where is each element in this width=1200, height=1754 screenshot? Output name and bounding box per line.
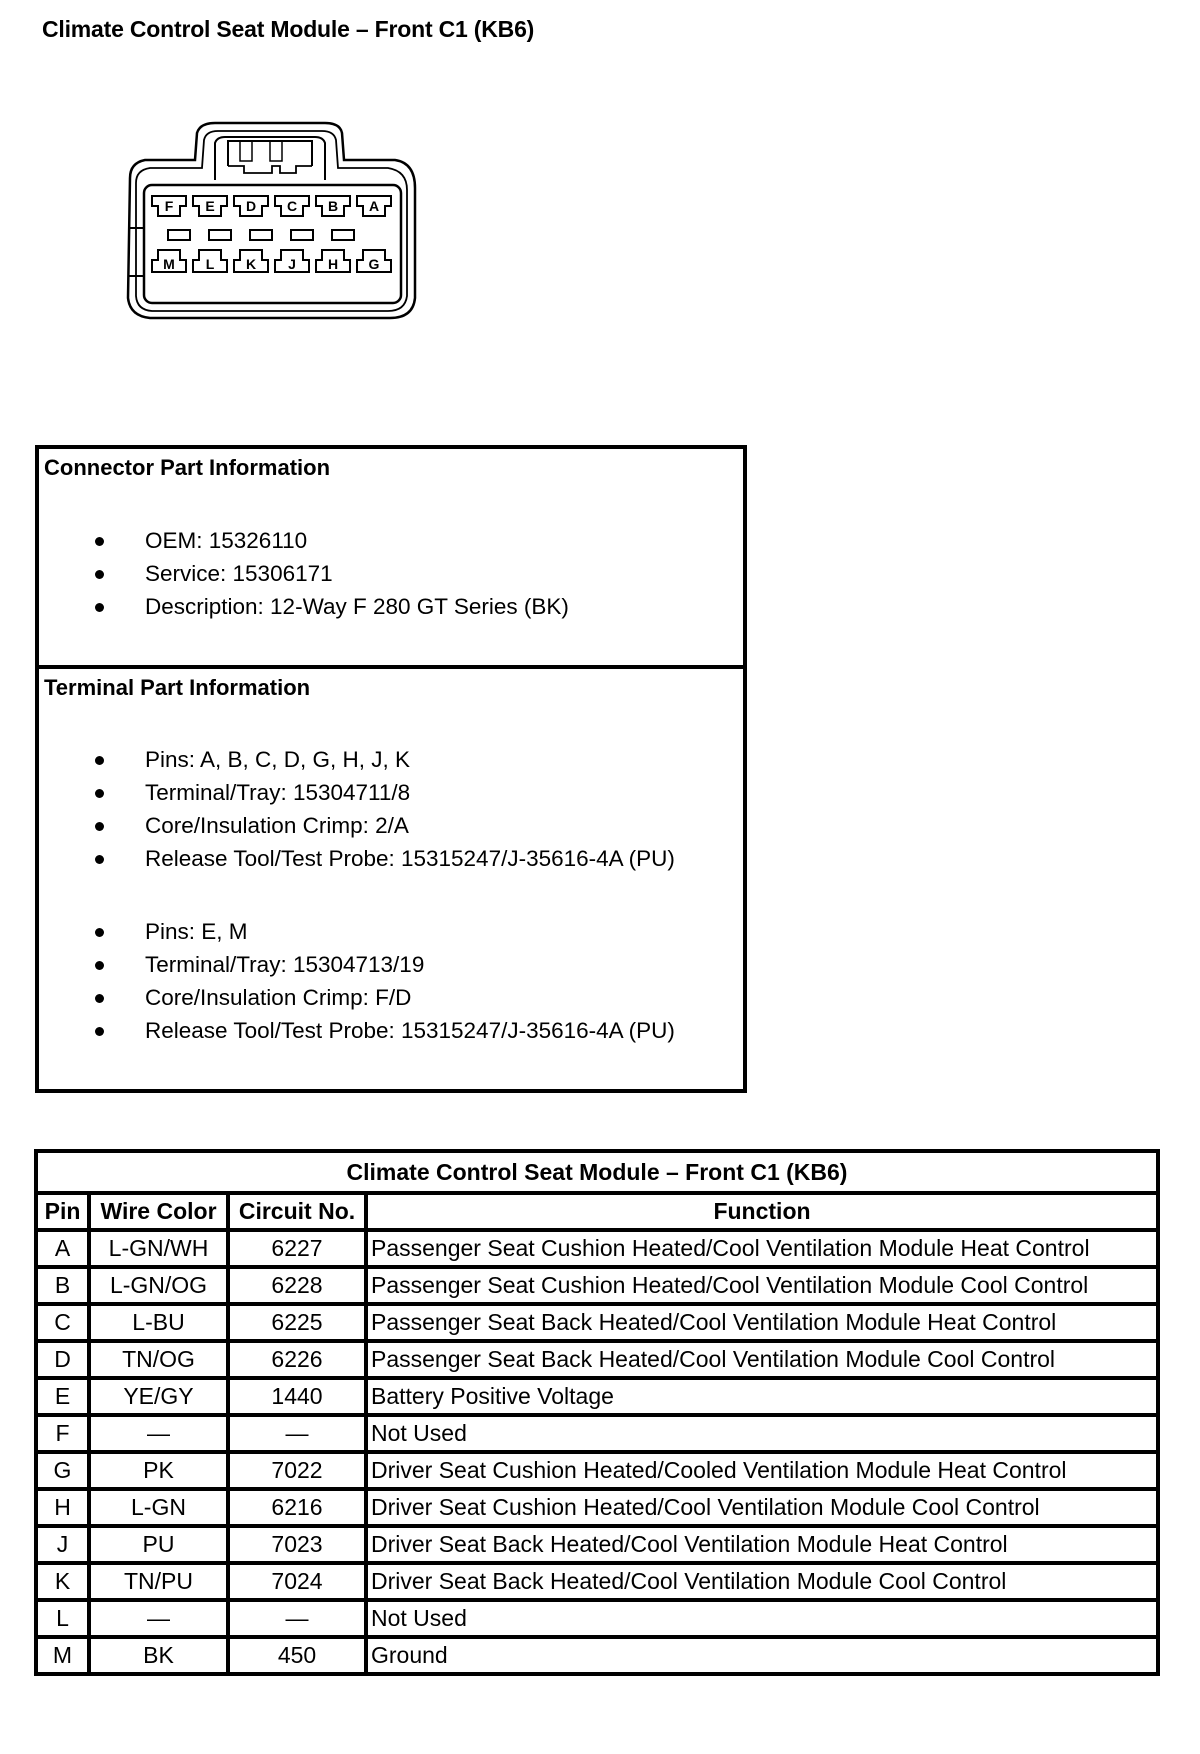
column-header-pin: Pin [36, 1193, 89, 1230]
list-item: Pins: E, M [39, 915, 675, 948]
pin-cell: M [36, 1637, 89, 1674]
table-row: JPU7023Driver Seat Back Heated/Cool Vent… [36, 1526, 1158, 1563]
pin-cell: A [36, 1230, 89, 1267]
function-cell: Passenger Seat Cushion Heated/Cool Venti… [366, 1267, 1158, 1304]
pin-cavity: D [234, 196, 268, 216]
list-item: OEM: 15326110 [39, 524, 569, 557]
table-title: Climate Control Seat Module – Front C1 (… [36, 1151, 1158, 1193]
function-cell: Passenger Seat Cushion Heated/Cool Venti… [366, 1230, 1158, 1267]
separator-slot [250, 230, 272, 240]
pin-cavity: A [357, 196, 391, 216]
pin-label: B [328, 198, 338, 214]
pin-cavity: E [193, 196, 227, 216]
pin-label: M [163, 256, 175, 272]
circuit-cell: 7022 [228, 1452, 366, 1489]
table-row: HL-GN6216Driver Seat Cushion Heated/Cool… [36, 1489, 1158, 1526]
function-cell: Driver Seat Cushion Heated/Cooled Ventil… [366, 1452, 1158, 1489]
table-row: EYE/GY1440Battery Positive Voltage [36, 1378, 1158, 1415]
column-header-function: Function [366, 1193, 1158, 1230]
separator-slot [291, 230, 313, 240]
column-header-wire-color: Wire Color [89, 1193, 228, 1230]
pin-cavity: F [152, 196, 186, 216]
terminal-group-2: Pins: E, M Terminal/Tray: 15304713/19 Co… [39, 915, 675, 1047]
table-row: GPK7022Driver Seat Cushion Heated/Cooled… [36, 1452, 1158, 1489]
column-header-circuit-no: Circuit No. [228, 1193, 366, 1230]
pin-cavity: B [316, 196, 350, 216]
list-item: Description: 12-Way F 280 GT Series (BK) [39, 590, 569, 623]
table-row: CL-BU6225Passenger Seat Back Heated/Cool… [36, 1304, 1158, 1341]
table-row: F——Not Used [36, 1415, 1158, 1452]
pin-label: L [206, 256, 215, 272]
pin-cavity: C [275, 196, 309, 216]
list-item: Release Tool/Test Probe: 15315247/J-3561… [39, 842, 675, 875]
wire-color-cell: L-GN/WH [89, 1230, 228, 1267]
connector-part-info: Connector Part Information OEM: 15326110… [39, 449, 743, 669]
top-pin-row: FEDCBA [152, 196, 391, 216]
part-information-box: Connector Part Information OEM: 15326110… [35, 445, 747, 1093]
circuit-cell: 7024 [228, 1563, 366, 1600]
wire-color-cell: PK [89, 1452, 228, 1489]
function-cell: Passenger Seat Back Heated/Cool Ventilat… [366, 1341, 1158, 1378]
wire-color-cell: — [89, 1600, 228, 1637]
terminal-group-1: Pins: A, B, C, D, G, H, J, K Terminal/Tr… [39, 743, 675, 875]
pin-cell: D [36, 1341, 89, 1378]
separator-slot [332, 230, 354, 240]
table-row: KTN/PU7024Driver Seat Back Heated/Cool V… [36, 1563, 1158, 1600]
table-row: L——Not Used [36, 1600, 1158, 1637]
wire-color-cell: PU [89, 1526, 228, 1563]
circuit-cell: 6226 [228, 1341, 366, 1378]
wire-color-cell: — [89, 1415, 228, 1452]
list-item: Service: 15306171 [39, 557, 569, 590]
pin-label: C [287, 198, 297, 214]
pin-label: J [288, 256, 296, 272]
pinout-table: Climate Control Seat Module – Front C1 (… [34, 1149, 1160, 1676]
separator-row [168, 230, 354, 240]
list-item: Core/Insulation Crimp: 2/A [39, 809, 675, 842]
pin-cell: L [36, 1600, 89, 1637]
wire-color-cell: YE/GY [89, 1378, 228, 1415]
wire-color-cell: L-GN/OG [89, 1267, 228, 1304]
circuit-cell: 1440 [228, 1378, 366, 1415]
pin-label: E [205, 198, 214, 214]
pin-label: F [165, 198, 174, 214]
pin-label: D [246, 198, 256, 214]
pin-cell: C [36, 1304, 89, 1341]
connector-face-diagram: FEDCBA MLKJHG [120, 118, 425, 323]
function-cell: Driver Seat Back Heated/Cool Ventilation… [366, 1526, 1158, 1563]
table-row: MBK450Ground [36, 1637, 1158, 1674]
function-cell: Not Used [366, 1415, 1158, 1452]
pin-label: A [369, 198, 379, 214]
pin-cavity: J [275, 250, 309, 272]
circuit-cell: 6216 [228, 1489, 366, 1526]
function-cell: Battery Positive Voltage [366, 1378, 1158, 1415]
circuit-cell: 450 [228, 1637, 366, 1674]
function-cell: Driver Seat Cushion Heated/Cool Ventilat… [366, 1489, 1158, 1526]
pin-cell: H [36, 1489, 89, 1526]
pin-cavity: H [316, 250, 350, 272]
terminal-part-info-heading: Terminal Part Information [44, 675, 310, 701]
circuit-cell: — [228, 1600, 366, 1637]
pin-label: H [328, 256, 338, 272]
separator-slot [168, 230, 190, 240]
wire-color-cell: L-BU [89, 1304, 228, 1341]
function-cell: Driver Seat Back Heated/Cool Ventilation… [366, 1563, 1158, 1600]
wire-color-cell: BK [89, 1637, 228, 1674]
pin-cell: G [36, 1452, 89, 1489]
list-item: Core/Insulation Crimp: F/D [39, 981, 675, 1014]
list-item: Terminal/Tray: 15304713/19 [39, 948, 675, 981]
pin-label: K [246, 256, 256, 272]
wire-color-cell: L-GN [89, 1489, 228, 1526]
pin-label: G [369, 256, 380, 272]
list-item: Terminal/Tray: 15304711/8 [39, 776, 675, 809]
pin-cell: J [36, 1526, 89, 1563]
pin-cell: E [36, 1378, 89, 1415]
separator-slot [209, 230, 231, 240]
circuit-cell: 6228 [228, 1267, 366, 1304]
circuit-cell: 6227 [228, 1230, 366, 1267]
connector-part-info-list: OEM: 15326110 Service: 15306171 Descript… [39, 524, 569, 623]
list-item: Pins: A, B, C, D, G, H, J, K [39, 743, 675, 776]
terminal-part-info: Terminal Part Information Pins: A, B, C,… [39, 669, 743, 1089]
function-cell: Not Used [366, 1600, 1158, 1637]
pin-cavity: K [234, 250, 268, 272]
bottom-pin-row: MLKJHG [152, 250, 391, 272]
function-cell: Passenger Seat Back Heated/Cool Ventilat… [366, 1304, 1158, 1341]
table-row: DTN/OG6226Passenger Seat Back Heated/Coo… [36, 1341, 1158, 1378]
wire-color-cell: TN/OG [89, 1341, 228, 1378]
pin-cell: F [36, 1415, 89, 1452]
circuit-cell: 6225 [228, 1304, 366, 1341]
circuit-cell: — [228, 1415, 366, 1452]
list-item: Release Tool/Test Probe: 15315247/J-3561… [39, 1014, 675, 1047]
pin-cell: K [36, 1563, 89, 1600]
table-row: BL-GN/OG6228Passenger Seat Cushion Heate… [36, 1267, 1158, 1304]
pin-cavity: M [152, 250, 186, 272]
function-cell: Ground [366, 1637, 1158, 1674]
pin-cavity: G [357, 250, 391, 272]
wire-color-cell: TN/PU [89, 1563, 228, 1600]
table-row: AL-GN/WH6227Passenger Seat Cushion Heate… [36, 1230, 1158, 1267]
page-title: Climate Control Seat Module – Front C1 (… [42, 16, 534, 43]
pin-cavity: L [193, 250, 227, 272]
circuit-cell: 7023 [228, 1526, 366, 1563]
pin-cell: B [36, 1267, 89, 1304]
connector-part-info-heading: Connector Part Information [44, 455, 330, 481]
